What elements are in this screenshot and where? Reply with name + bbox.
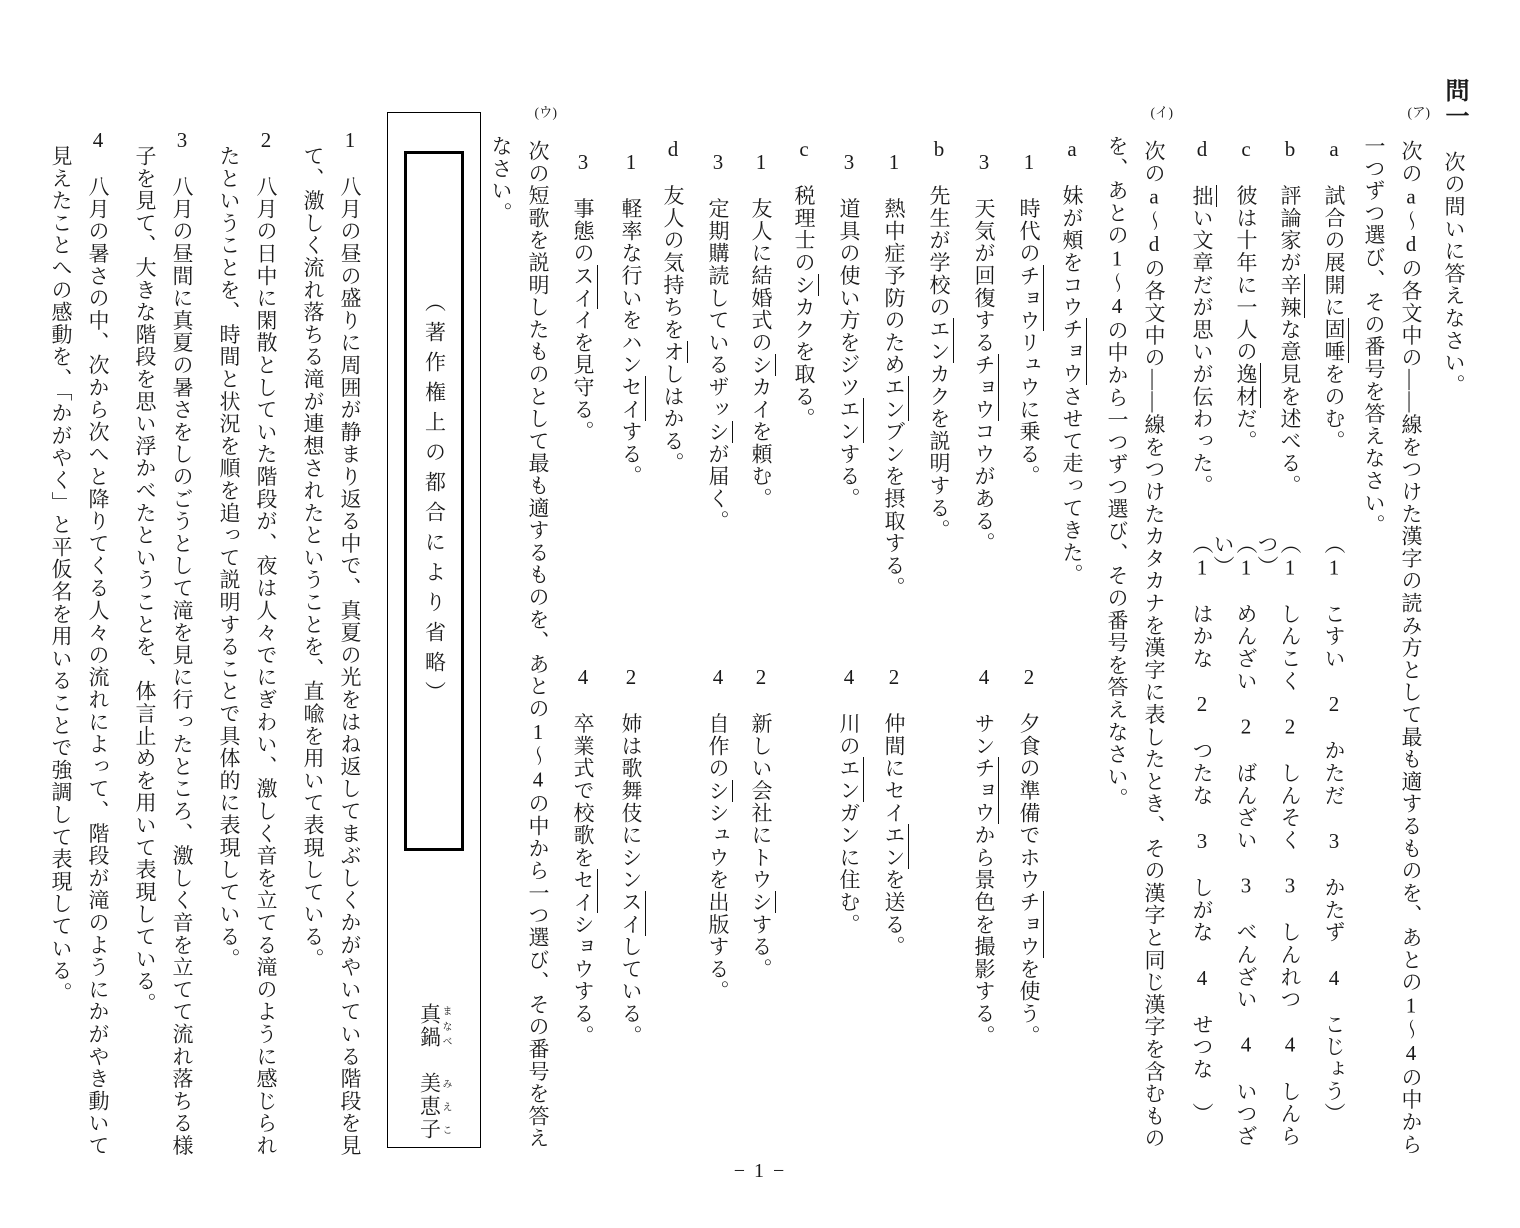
sec-u-opt-4-line-1: 4 八月の暑さの中、次から次へと降りてくる人々の流れによって、階段が滝のようにか… (86, 70, 109, 1170)
sec-u-opt-1-line-2: て、激しく流れ落ちる滝が連想されたということを、直喩を用いて表現している。 (301, 70, 324, 1170)
section-label: (ウ) (535, 106, 558, 120)
emphasis-line: エン (882, 376, 909, 421)
emphasis-line: シ (706, 780, 733, 802)
sec-i-c-opt-12: 1 友人に結婚式のシカイを頼む。2 新しい会社にトウシする。 (749, 70, 772, 1170)
emphasis-line: エン (882, 824, 909, 869)
tanka-box: （著作権上の都合により省略）真鍋まなべ 美恵子みえこ (387, 70, 481, 1170)
sec-i-a-opt-12: 1 時代のチョウリュウに乗る。2 夕食の準備でホウチョウを使う。 (1017, 70, 1040, 1170)
sec-a-item-c: c 彼は十年に一人の逸材だ。（1 めんざい 2 ばんざい 3 べんざい 4 いつ… (1234, 70, 1257, 1170)
sec-i-c-opt-34-lower: 4 自作のシシュウを出版する。 (706, 665, 729, 1003)
exam-page: 問一 次の問いに答えなさい。(ア)次のa〜dの各文中の――線をつけた漢字の読み方… (0, 0, 1520, 1228)
emphasis-line: シ (749, 354, 776, 376)
sec-i-b-opt-34-lower: 4 川のエンガンに住む。 (837, 665, 860, 936)
copyright-notice: （著作権上の都合により省略） (423, 291, 446, 711)
sec-a-item-a: a 試合の展開に固唾をのむ。（1 こすい 2 かただ 3 かたず 4 こじょう） (1322, 70, 1345, 1170)
sec-u-intro-1: (ウ)次の短歌を説明したものとして最も適するものを、あとの1〜4の中から一つ選び… (526, 70, 549, 1170)
emphasis-line: エン (837, 757, 864, 802)
emphasis-line: シ (749, 891, 776, 913)
sec-i-item-d: d 友人の気持ちをオしはかる。 (661, 70, 684, 1170)
sec-i-a-opt-34-lower: 4 サンチョウから景色を撮影する。 (972, 665, 995, 1047)
emphasis-line: エン (837, 398, 864, 443)
emphasis-line: スイ (619, 891, 646, 936)
emphasis-line: チョウ (1060, 318, 1087, 385)
sec-a-item-c-lower: （1 めんざい 2 ばんざい 3 べんざい 4 いつざい） (1211, 533, 1257, 1170)
sec-u-opt-2-line-2: たということを、時間と状況を順を追って説明することで具体的に表現している。 (217, 70, 240, 1170)
emphasis-line: チョウ (1017, 891, 1044, 958)
section-label: (ア) (1408, 106, 1431, 120)
sec-u-opt-2-line-1: 2 八月の日中に閑散としていた階段が、夜は人々でにぎわい、激しく音を立てる滝のよ… (254, 70, 277, 1170)
emphasis-line: セイ (619, 376, 646, 421)
emphasis-line: 固唾 (1322, 318, 1349, 363)
sec-i-c-opt-34: 3 定期購読しているザッシが届く。4 自作のシシュウを出版する。 (706, 70, 729, 1170)
exam-body: 問一 次の問いに答えなさい。(ア)次のa〜dの各文中の――線をつけた漢字の読み方… (35, 70, 1465, 1170)
emphasis-line: チョウ (972, 354, 999, 421)
sec-a-item-b-lower: （1 しんこく 2 しんそく 3 しんれつ 4 しんらつ） (1255, 533, 1301, 1170)
tanka-outer-box: （著作権上の都合により省略）真鍋まなべ 美恵子みえこ (387, 112, 481, 1148)
sec-i-d-opt-12-lower: 2 姉は歌舞伎にシンスイしている。 (619, 665, 642, 1047)
sec-a-intro-1: (ア)次のa〜dの各文中の――線をつけた漢字の読み方として最も適するものを、あと… (1399, 70, 1422, 1170)
section-label: (イ) (1151, 106, 1174, 120)
sec-a-item-b: b 評論家が辛辣な意見を述べる。（1 しんこく 2 しんそく 3 しんれつ 4 … (1278, 70, 1301, 1170)
page-number: − 1 − (734, 1160, 787, 1183)
emphasis-line: 拙 (1190, 185, 1217, 207)
emphasis-line: セイ (571, 869, 598, 914)
copyright-notice-box: （著作権上の都合により省略） (404, 151, 464, 851)
sec-i-b-opt-12: 1 熱中症予防のためエンブンを摂取する。2 仲間にセイエンを送る。 (882, 70, 905, 1170)
emphasis-line: オ (661, 341, 688, 363)
emphasis-line: シ (706, 421, 733, 443)
sec-a-item-d: d 拙い文章だが思いが伝わった。（1 はかな 2 つたな 3 しがな 4 せつな… (1190, 70, 1213, 1170)
sec-a-item-a-lower: （1 こすい 2 かただ 3 かたず 4 こじょう） (1322, 533, 1345, 1125)
sec-i-a-opt-34: 3 天気が回復するチョウコウがある。4 サンチョウから景色を撮影する。 (972, 70, 995, 1170)
sec-a-intro-2: 一つずつ選び、その番号を答えなさい。 (1362, 70, 1385, 1170)
emphasis-line: シ (792, 274, 819, 296)
emphasis-line: 辛辣 (1278, 274, 1305, 319)
tanka-author: 真鍋まなべ 美恵子みえこ (418, 1003, 451, 1141)
sec-a-item-d-lower: （1 はかな 2 つたな 3 しがな 4 せつな ） (1190, 533, 1213, 1125)
sec-i-item-c: c 税理士のシカクを取る。 (792, 70, 815, 1170)
sec-i-a-opt-12-lower: 2 夕食の準備でホウチョウを使う。 (1017, 665, 1040, 1047)
emphasis-line: チョウ (972, 757, 999, 824)
sec-i-d-opt-34-lower: 4 卒業式で校歌をセイショウする。 (571, 665, 594, 1047)
emphasis-line: スイ (571, 265, 598, 310)
sec-i-c-opt-12-lower: 2 新しい会社にトウシする。 (749, 665, 772, 980)
sec-i-b-opt-34: 3 道具の使い方をジツエンする。4 川のエンガンに住む。 (837, 70, 860, 1170)
q1-title: 問一 次の問いに答えなさい。 (1442, 70, 1465, 1170)
sec-u-intro-2: なさい。 (489, 70, 512, 1170)
sec-i-d-opt-34: 3 事態のスイイを見守る。4 卒業式で校歌をセイショウする。 (571, 70, 594, 1170)
sec-u-opt-3-line-2: 子を見て、大きな階段を思い浮かべたということを、体言止めを用いて表現している。 (133, 70, 156, 1170)
sec-u-opt-1-line-1: 1 八月の昼の盛りに周囲が静まり返る中で、真夏の光をはね返してまぶしくかがやいて… (338, 70, 361, 1170)
sec-u-opt-4-line-2: 見えたことへの感動を、「かがやく」と平仮名を用いることで強調して表現している。 (49, 70, 72, 1170)
emphasis-line: エン (927, 318, 954, 363)
sec-i-intro-2: を、あとの1〜4の中から一つずつ選び、その番号を答えなさい。 (1105, 70, 1128, 1170)
sec-i-d-opt-12: 1 軽率な行いをハンセイする。2 姉は歌舞伎にシンスイしている。 (619, 70, 642, 1170)
sec-i-intro-1: (イ)次のa〜dの各文中の――線をつけたカタカナを漢字に表したとき、その漢字と同… (1142, 70, 1165, 1170)
emphasis-line: チョウ (1017, 265, 1044, 332)
sec-i-item-b: b 先生が学校のエンカクを説明する。 (927, 70, 950, 1170)
sec-u-opt-3-line-1: 3 八月の昼間に真夏の暑さをしのごうとして滝を見に行ったところ、激しく音を立てて… (170, 70, 193, 1170)
sec-i-item-a: a 妹が頰をコウチョウさせて走ってきた。 (1060, 70, 1083, 1170)
emphasis-line: 逸材 (1234, 363, 1261, 408)
sec-i-b-opt-12-lower: 2 仲間にセイエンを送る。 (882, 665, 905, 958)
